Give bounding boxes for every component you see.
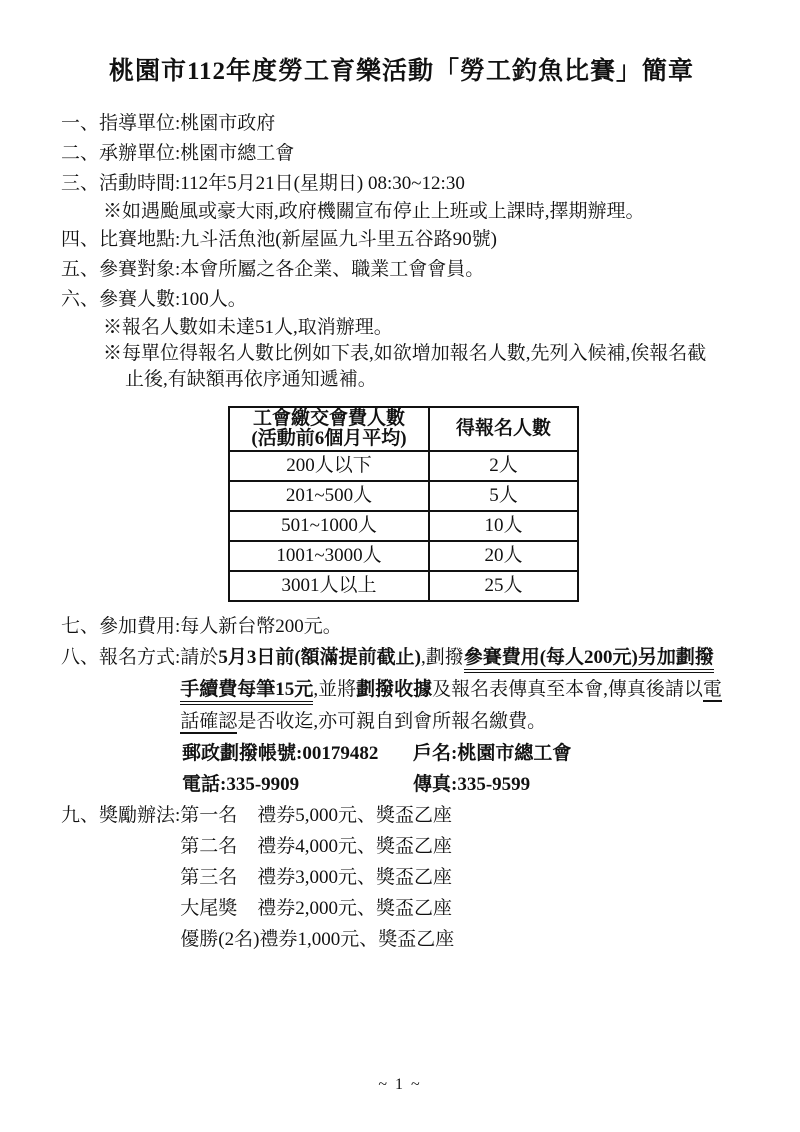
prize-rank: 優勝(2名): [180, 924, 259, 955]
text-segment: 話確認: [180, 711, 237, 734]
item-9-heading: 獎勵辦法:: [99, 805, 180, 826]
text-segment: ,並將: [313, 679, 356, 700]
prize-award: 禮券3,000元、獎盃乙座: [257, 867, 452, 888]
item-6-note-2-line-1: ※每單位得報名人數比例如下表,如欲增加報名人數,先列入候補,俟報名截: [61, 341, 742, 367]
item-3-note: ※如遇颱風或豪大雨,政府機關宣布停止上班或上課時,擇期辦理。: [61, 199, 742, 225]
item-9-label: 九、獎勵辦法:: [61, 800, 180, 831]
quota-header-line-1: 工會繳交會費人數: [230, 409, 428, 429]
phone-label: 電話:: [182, 774, 226, 795]
item-3: 三、活動時間:112年5月21日(星期日) 08:30~12:30: [61, 169, 742, 199]
item-8-line-1: 請於5月3日前(額滿提前截止),劃撥參賽費用(每人200元)另加劃撥: [180, 642, 722, 674]
item-3-number: 三、: [61, 173, 99, 194]
prize-rank: 第一名: [180, 800, 257, 831]
item-5-number: 五、: [61, 259, 99, 280]
quota-table-cell: 2人: [429, 451, 578, 481]
phone-number: 335-9909: [226, 774, 299, 795]
item-3-text: 112年5月21日(星期日) 08:30~12:30: [180, 173, 465, 194]
document-page: 桃園市112年度勞工育樂活動「勞工釣魚比賽」簡章 一、指導單位:桃園市政府 二、…: [0, 0, 800, 1132]
page-number: ~ 1 ~: [0, 1076, 800, 1094]
text-segment: 劃撥收據: [356, 679, 432, 700]
quota-table-cell: 201~500人: [229, 481, 429, 511]
item-1-number: 一、: [61, 113, 99, 134]
prize-award: 禮券1,000元、獎盃乙座: [259, 929, 454, 950]
phone: 電話:335-9909: [182, 769, 413, 800]
item-8-label: 八、報名方式:: [61, 642, 180, 669]
account-holder-label: 戶名:: [413, 743, 457, 764]
payment-row-2: 電話:335-9909傳真:335-9599: [182, 769, 742, 800]
prize-award: 禮券5,000元、獎盃乙座: [257, 805, 452, 826]
quota-table-cell: 5人: [429, 481, 578, 511]
postal-account-number: 00179482: [302, 743, 378, 764]
item-8-heading: 報名方式:: [99, 647, 180, 668]
text-segment: 手續費每筆15元: [180, 679, 313, 705]
prize-rank: 大尾獎: [180, 893, 257, 924]
quota-table-row: 201~500人5人: [229, 481, 578, 511]
quota-table-cell: 3001人以上: [229, 571, 429, 601]
item-4-text: 九斗活魚池(新屋區九斗里五谷路90號): [180, 229, 497, 250]
item-6-heading: 參賽人數:: [99, 289, 180, 310]
item-6-note-2-line-2: 止後,有缺額再依序通知遞補。: [61, 367, 742, 393]
payment-row-1: 郵政劃撥帳號:00179482戶名:桃園市總工會: [182, 738, 742, 769]
text-segment: 參賽費用(每人200元)另加劃撥: [464, 647, 714, 673]
item-2-number: 二、: [61, 143, 99, 164]
item-7-heading: 參加費用:: [99, 616, 180, 637]
text-segment: ,劃撥: [421, 647, 464, 668]
item-6-note-1: ※報名人數如未達51人,取消辦理。: [61, 315, 742, 341]
fax: 傳真:335-9599: [413, 774, 530, 795]
item-7-number: 七、: [61, 616, 99, 637]
item-7-text: 每人新台幣200元。: [180, 616, 342, 637]
item-3-heading: 活動時間:: [99, 173, 180, 194]
prize-rank: 第三名: [180, 862, 257, 893]
payment-info: 郵政劃撥帳號:00179482戶名:桃園市總工會 電話:335-9909傳真:3…: [61, 738, 742, 800]
item-9-number: 九、: [61, 805, 99, 826]
quota-table-row: 501~1000人10人: [229, 511, 578, 541]
item-2-text: 桃園市總工會: [180, 143, 294, 164]
prize-award: 禮券2,000元、獎盃乙座: [257, 898, 452, 919]
fax-label: 傳真:: [413, 774, 457, 795]
item-5-text: 本會所屬之各企業、職業工會會員。: [180, 259, 484, 280]
item-4-heading: 比賽地點:: [99, 229, 180, 250]
quota-table-header-row: 工會繳交會費人數 (活動前6個月平均) 得報名人數: [229, 407, 578, 451]
item-4: 四、比賽地點:九斗活魚池(新屋區九斗里五谷路90號): [61, 225, 742, 255]
item-8-body: 請於5月3日前(額滿提前截止),劃撥參賽費用(每人200元)另加劃撥 手續費每筆…: [180, 642, 722, 738]
quota-header-line-2: (活動前6個月平均): [230, 429, 428, 449]
item-4-number: 四、: [61, 229, 99, 250]
postal-account: 郵政劃撥帳號:00179482: [182, 738, 413, 769]
document-title: 桃園市112年度勞工育樂活動「勞工釣魚比賽」簡章: [61, 55, 742, 89]
postal-account-label: 郵政劃撥帳號:: [182, 743, 302, 764]
item-6-text: 100人。: [180, 289, 247, 310]
text-segment: 請於: [180, 647, 218, 668]
text-segment: 及報名表傳真至本會,傳真後請以: [432, 679, 703, 700]
quota-table-row: 3001人以上25人: [229, 571, 578, 601]
account-holder-name: 桃園市總工會: [457, 743, 571, 764]
item-6-number: 六、: [61, 289, 99, 310]
item-8-number: 八、: [61, 647, 99, 668]
item-1: 一、指導單位:桃園市政府: [61, 109, 742, 139]
item-7: 七、參加費用:每人新台幣200元。: [61, 612, 742, 642]
item-2: 二、承辦單位:桃園市總工會: [61, 139, 742, 169]
item-6: 六、參賽人數:100人。: [61, 285, 742, 315]
quota-table-cell: 1001~3000人: [229, 541, 429, 571]
quota-table-cell: 10人: [429, 511, 578, 541]
prize-row: 大尾獎禮券2,000元、獎盃乙座: [180, 893, 454, 924]
item-1-text: 桃園市政府: [180, 113, 275, 134]
item-5-heading: 參賽對象:: [99, 259, 180, 280]
text-segment: 5月3日前(額滿提前截止): [218, 647, 421, 668]
prize-row: 第二名禮券4,000元、獎盃乙座: [180, 831, 454, 862]
quota-table-cell: 25人: [429, 571, 578, 601]
item-5: 五、參賽對象:本會所屬之各企業、職業工會會員。: [61, 255, 742, 285]
item-9: 九、獎勵辦法: 第一名禮券5,000元、獎盃乙座第二名禮券4,000元、獎盃乙座…: [61, 800, 742, 955]
text-segment: 電: [703, 679, 722, 702]
quota-table-header-members: 工會繳交會費人數 (活動前6個月平均): [229, 407, 429, 451]
quota-table-cell: 20人: [429, 541, 578, 571]
quota-table-cell: 200人以下: [229, 451, 429, 481]
prize-rank: 第二名: [180, 831, 257, 862]
quota-table-header-quota: 得報名人數: [429, 407, 578, 451]
prize-list: 第一名禮券5,000元、獎盃乙座第二名禮券4,000元、獎盃乙座第三名禮券3,0…: [180, 800, 454, 955]
item-1-heading: 指導單位:: [99, 113, 180, 134]
item-8: 八、報名方式: 請於5月3日前(額滿提前截止),劃撥參賽費用(每人200元)另加…: [61, 642, 742, 738]
item-8-line-3: 話確認是否收迄,亦可親自到會所報名繳費。: [180, 706, 722, 738]
prize-award: 禮券4,000元、獎盃乙座: [257, 836, 452, 857]
account-holder: 戶名:桃園市總工會: [413, 743, 571, 764]
text-segment: 是否收迄,亦可親自到會所報名繳費。: [237, 711, 546, 732]
quota-table: 工會繳交會費人數 (活動前6個月平均) 得報名人數 200人以下2人201~50…: [228, 406, 579, 602]
prize-row: 第一名禮券5,000元、獎盃乙座: [180, 800, 454, 831]
quota-table-row: 1001~3000人20人: [229, 541, 578, 571]
item-8-line-2: 手續費每筆15元,並將劃撥收據及報名表傳真至本會,傳真後請以電: [180, 674, 722, 706]
fax-number: 335-9599: [457, 774, 530, 795]
quota-table-cell: 501~1000人: [229, 511, 429, 541]
prize-row: 第三名禮券3,000元、獎盃乙座: [180, 862, 454, 893]
item-2-heading: 承辦單位:: [99, 143, 180, 164]
prize-row: 優勝(2名)禮券1,000元、獎盃乙座: [180, 924, 454, 955]
quota-table-row: 200人以下2人: [229, 451, 578, 481]
